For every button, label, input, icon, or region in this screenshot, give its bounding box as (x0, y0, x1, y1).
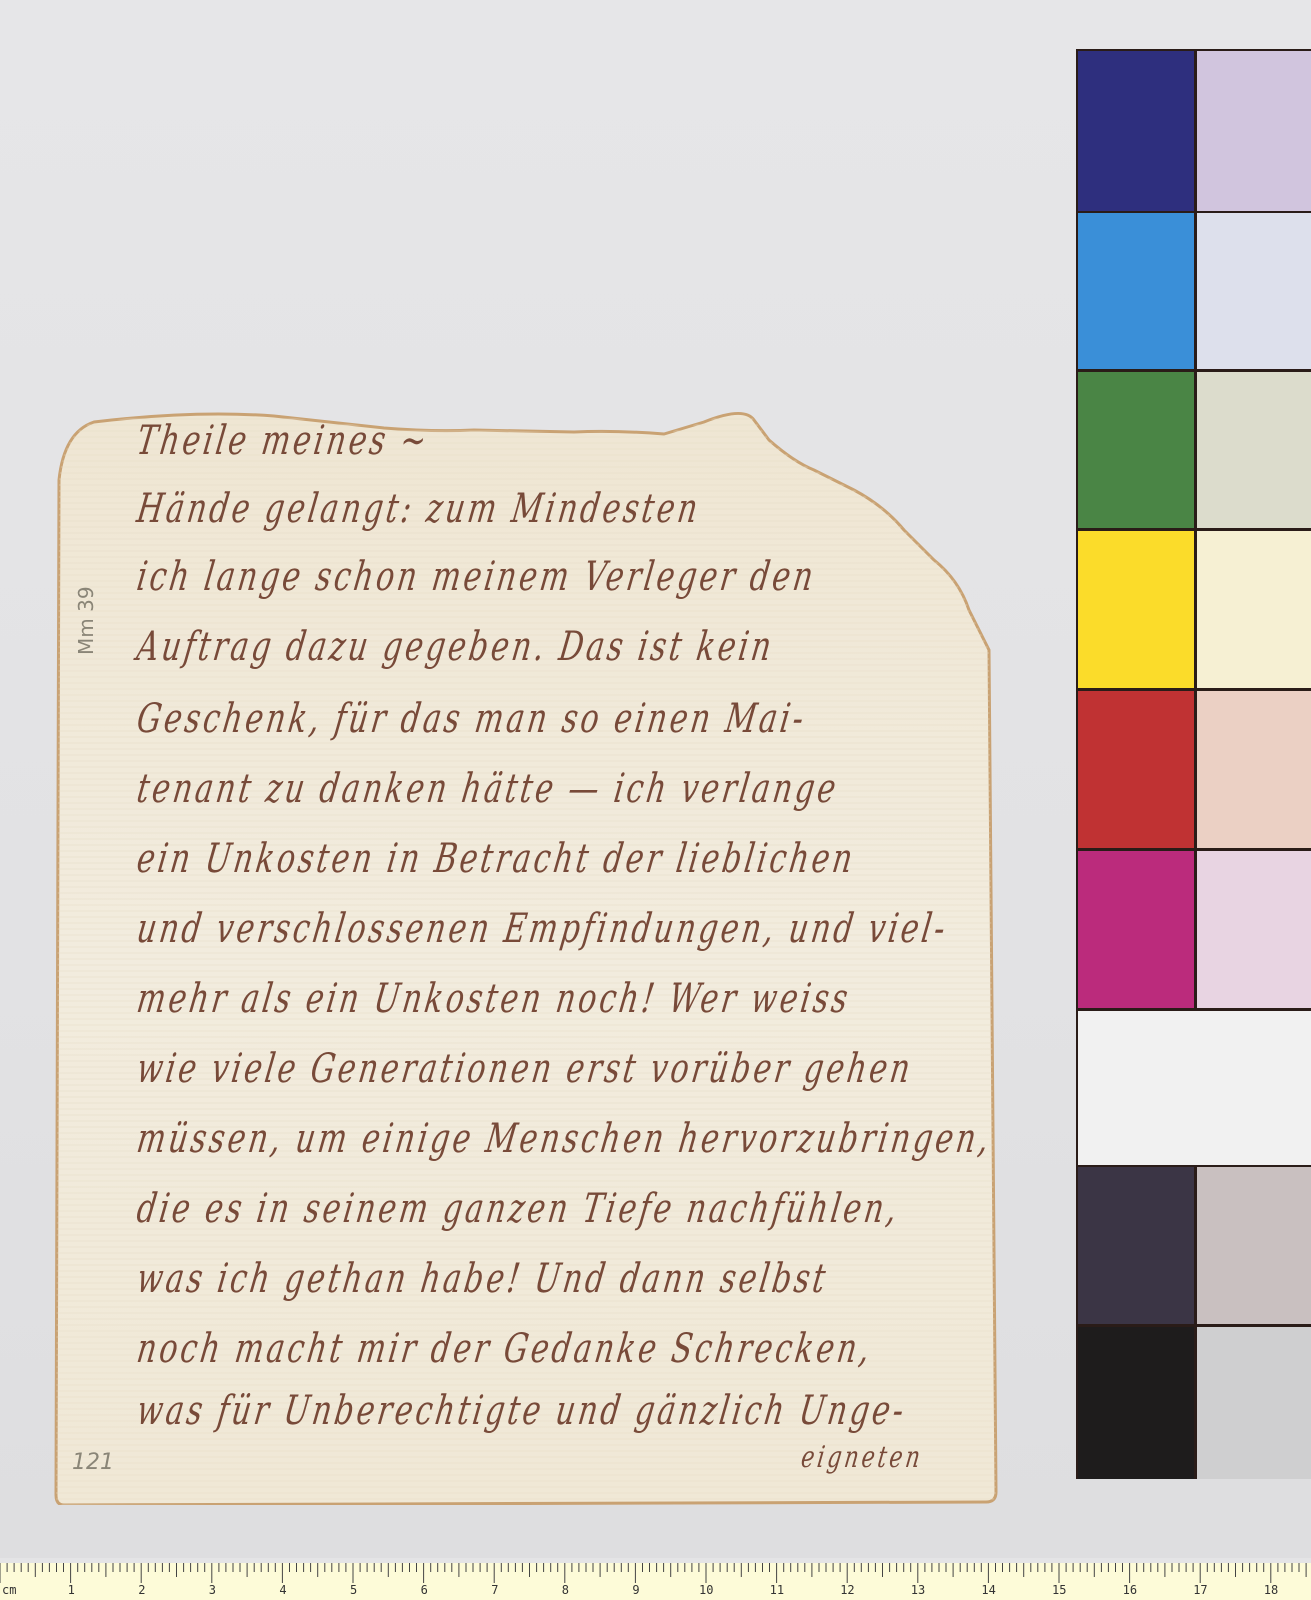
patch-light-blue (1197, 213, 1311, 369)
text-line-15: was für Unberechtigte und gänzlich Unge- (134, 1388, 910, 1435)
ruler-label-6: 6 (421, 1583, 428, 1597)
patch-dark-gray (1078, 1167, 1194, 1324)
ruler-label-3: 3 (209, 1583, 216, 1597)
shelfmark-annotation: Mm 39 (74, 586, 98, 655)
text-line-2: Hände gelangt: zum Mindesten (134, 486, 703, 533)
patch-white (1078, 1011, 1311, 1165)
patch-dark-blue (1078, 51, 1194, 211)
patch-light-lavender (1197, 51, 1311, 211)
ruler-label-10: 10 (699, 1583, 713, 1597)
text-line-5: Geschenk, für das man so einen Mai- (134, 696, 809, 743)
ruler-ticks (0, 1563, 1311, 1600)
ruler-label-9: 9 (632, 1583, 639, 1597)
patch-yellow (1078, 531, 1194, 688)
centimeter-ruler: cm 123456789101112131415161718 (0, 1563, 1311, 1600)
text-line-8: und verschlossenen Empfindungen, und vie… (134, 906, 951, 953)
ruler-label-18: 18 (1264, 1583, 1278, 1597)
ruler-label-7: 7 (491, 1583, 498, 1597)
ruler-label-4: 4 (279, 1583, 286, 1597)
patch-green (1078, 372, 1194, 528)
patch-magenta (1078, 851, 1194, 1008)
text-line-9: mehr als ein Unkosten noch! Wer weiss (134, 976, 854, 1023)
ruler-label-17: 17 (1193, 1583, 1207, 1597)
text-line-14: noch macht mir der Gedanke Schrecken, (134, 1326, 875, 1373)
ruler-label-14: 14 (981, 1583, 995, 1597)
patch-light-green (1197, 372, 1311, 528)
ruler-label-15: 15 (1052, 1583, 1066, 1597)
text-line-11: müssen, um einige Menschen hervorzubring… (134, 1116, 995, 1163)
text-line-1: Theile meines ~ (134, 418, 432, 465)
ruler-label-11: 11 (770, 1583, 784, 1597)
ruler-label-8: 8 (562, 1583, 569, 1597)
patch-warm-gray (1197, 1167, 1311, 1324)
text-line-6: tenant zu danken hätte — ich verlange (134, 766, 842, 813)
text-line-10: wie viele Generationen erst vorüber gehe… (134, 1046, 916, 1093)
patch-light-gray (1197, 1327, 1311, 1479)
manuscript-page: Mm 39 Theile meines ~ Hände gelangt: zum… (54, 410, 1004, 1505)
color-calibration-chart (1076, 49, 1311, 1479)
text-line-3: ich lange schon meinem Verleger den (134, 554, 819, 601)
text-line-13: was ich gethan habe! Und dann selbst (134, 1256, 831, 1303)
text-line-16-catchword: eigneten (799, 1441, 925, 1475)
ruler-label-1: 1 (68, 1583, 75, 1597)
patch-light-magenta (1197, 851, 1311, 1008)
text-line-4: Auftrag dazu gegeben. Das ist kein (134, 624, 777, 671)
ruler-unit-label: cm (2, 1583, 16, 1597)
patch-light-red (1197, 691, 1311, 848)
ruler-label-2: 2 (138, 1583, 145, 1597)
ruler-label-16: 16 (1123, 1583, 1137, 1597)
text-line-12: die es in seinem ganzen Tiefe nachfühlen… (134, 1186, 903, 1233)
patch-blue (1078, 213, 1194, 369)
ruler-label-13: 13 (911, 1583, 925, 1597)
patch-black (1078, 1327, 1194, 1479)
ruler-label-12: 12 (840, 1583, 854, 1597)
text-line-7: ein Unkosten in Betracht der lieblichen (134, 836, 858, 883)
patch-red (1078, 691, 1194, 848)
folio-number-annotation: 121 (72, 1450, 114, 1475)
patch-light-yellow (1197, 531, 1311, 688)
ruler-label-5: 5 (350, 1583, 357, 1597)
